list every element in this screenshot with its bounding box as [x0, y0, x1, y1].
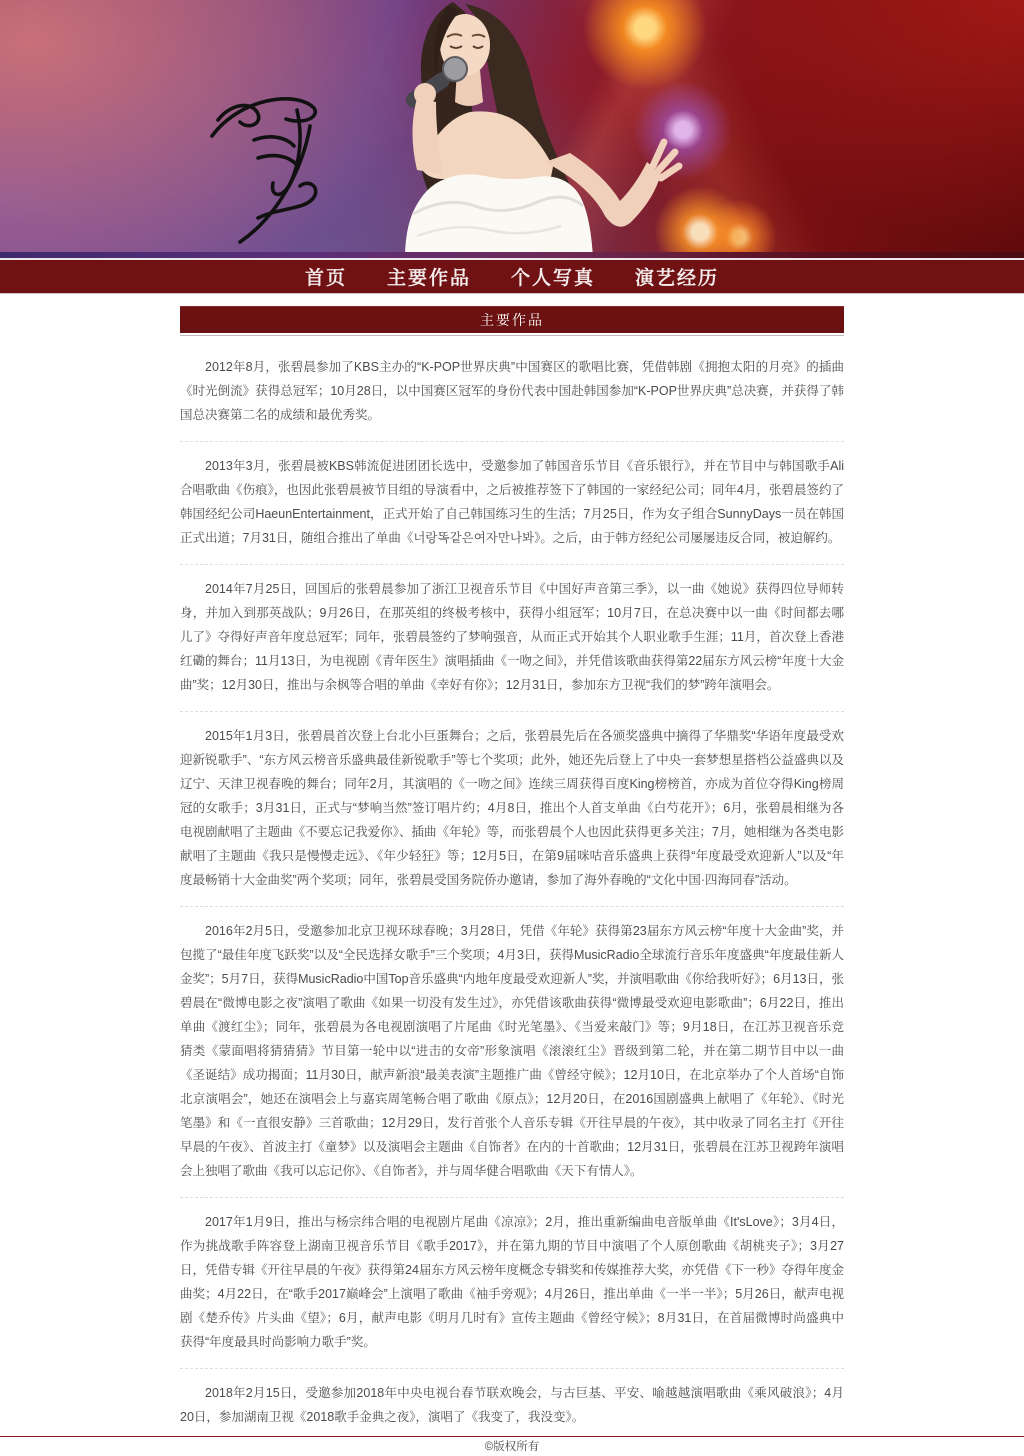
copyright-text: ©版权所有	[485, 1441, 539, 1453]
nav-item-works[interactable]: 主要作品	[387, 263, 471, 290]
nav-item-home[interactable]: 首页	[305, 263, 347, 290]
main-content: 2012年8月，张碧晨参加了KBS主办的“K-POP世界庆典”中国赛区的歌唱比赛…	[180, 333, 844, 1444]
signature-image	[200, 68, 340, 250]
paragraph-2015: 2015年1月3日，张碧晨首次登上台北小巨蛋舞台；之后，张碧晨先后在各颁奖盛典中…	[180, 712, 844, 907]
paragraph-2017: 2017年1月9日，推出与杨宗纬合唱的电视剧片尾曲《凉凉》；2月，推出重新编曲电…	[180, 1198, 844, 1369]
paragraph-2016: 2016年2月5日，受邀参加北京卫视环球春晚；3月28日，凭借《年轮》获得第23…	[180, 907, 844, 1198]
nav-item-photos[interactable]: 个人写真	[511, 263, 595, 290]
paragraph-2018: 2018年2月15日，受邀参加2018年中央电视台春节联欢晚会，与古巨基、平安、…	[180, 1369, 844, 1444]
singer-photo	[365, 0, 715, 258]
paragraph-2013: 2013年3月，张碧晨被KBS韩流促进团团长选中，受邀参加了韩国音乐节目《音乐银…	[180, 442, 844, 565]
paragraph-2014: 2014年7月25日，回国后的张碧晨参加了浙江卫视音乐节目《中国好声音第三季》，…	[180, 565, 844, 712]
hero-bottom-strip	[0, 252, 1024, 258]
hero-banner	[0, 0, 1024, 258]
paragraph-2012: 2012年8月，张碧晨参加了KBS主办的“K-POP世界庆典”中国赛区的歌唱比赛…	[180, 339, 844, 442]
section-title-bar: 主要作品	[180, 306, 844, 333]
page: 首页 主要作品 个人写真 演艺经历 主要作品 2012年8月，张碧晨参加了KBS…	[0, 0, 1024, 1456]
nav-item-career[interactable]: 演艺经历	[635, 263, 719, 290]
page-footer: ©版权所有	[0, 1436, 1024, 1456]
main-navigation: 首页 主要作品 个人写真 演艺经历	[0, 258, 1024, 294]
